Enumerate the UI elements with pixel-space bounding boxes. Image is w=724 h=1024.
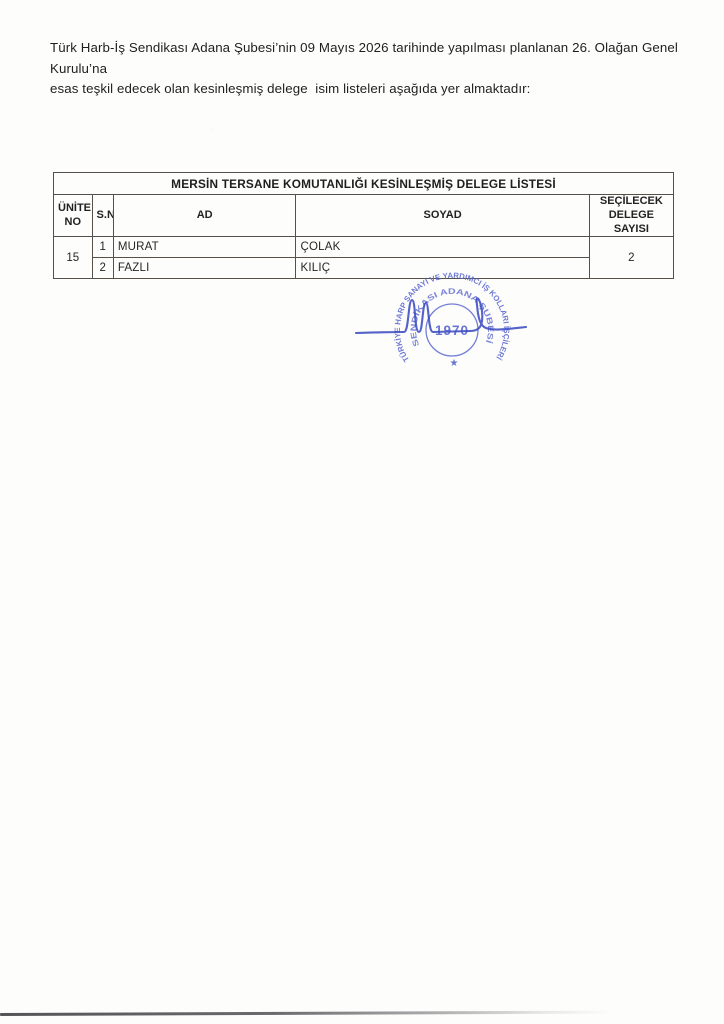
delegate-table: MERSİN TERSANE KOMUTANLIĞI KESİNLEŞMİŞ D… (53, 172, 674, 279)
union-stamp: TÜRKİYE HARP SANAYİ VE YARDIMCI İŞ KOLLA… (368, 263, 538, 403)
scan-edge-artifact (0, 1011, 612, 1016)
column-header-unit-no: ÜNİTE NO (54, 195, 93, 237)
scan-speck: · (210, 127, 216, 132)
intro-line-2: esas teşkil edecek olan kesinleşmiş dele… (50, 79, 698, 100)
stamp-graphic: TÜRKİYE HARP SANAYİ VE YARDIMCI İŞ KOLLA… (368, 263, 538, 403)
column-header-soyad: SOYAD (296, 195, 589, 237)
star-icon: ★ (450, 358, 459, 369)
table-title: MERSİN TERSANE KOMUTANLIĞI KESİNLEŞMİŞ D… (54, 173, 674, 195)
intro-paragraph: Türk Harb-İş Sendikası Adana Şubesi’nin … (50, 38, 698, 100)
unit-no-cell: 15 (54, 237, 93, 279)
stamp-outer-ring-text: TÜRKİYE HARP SANAYİ VE YARDIMCI İŞ KOLLA… (393, 271, 511, 364)
table-row: 2 FAZLI KILIÇ (54, 258, 674, 279)
ad-cell: FAZLI (113, 258, 296, 279)
soyad-cell: ÇOLAK (296, 237, 589, 258)
column-header-ad: AD (113, 195, 296, 237)
intro-line-1: Türk Harb-İş Sendikası Adana Şubesi’nin … (50, 38, 698, 79)
sn-cell: 1 (92, 237, 113, 258)
column-header-sn: S.N (92, 195, 113, 237)
ad-cell: MURAT (113, 237, 296, 258)
column-header-secilecek: SEÇİLECEK DELEGE SAYISI (589, 195, 673, 237)
selected-delegate-count-cell: 2 (589, 237, 673, 279)
table-row: 15 1 MURAT ÇOLAK 2 (54, 237, 674, 258)
sn-cell: 2 (92, 258, 113, 279)
delegate-table-container: MERSİN TERSANE KOMUTANLIĞI KESİNLEŞMİŞ D… (53, 172, 674, 279)
scanned-document-page: Türk Harb-İş Sendikası Adana Şubesi’nin … (0, 0, 724, 1024)
